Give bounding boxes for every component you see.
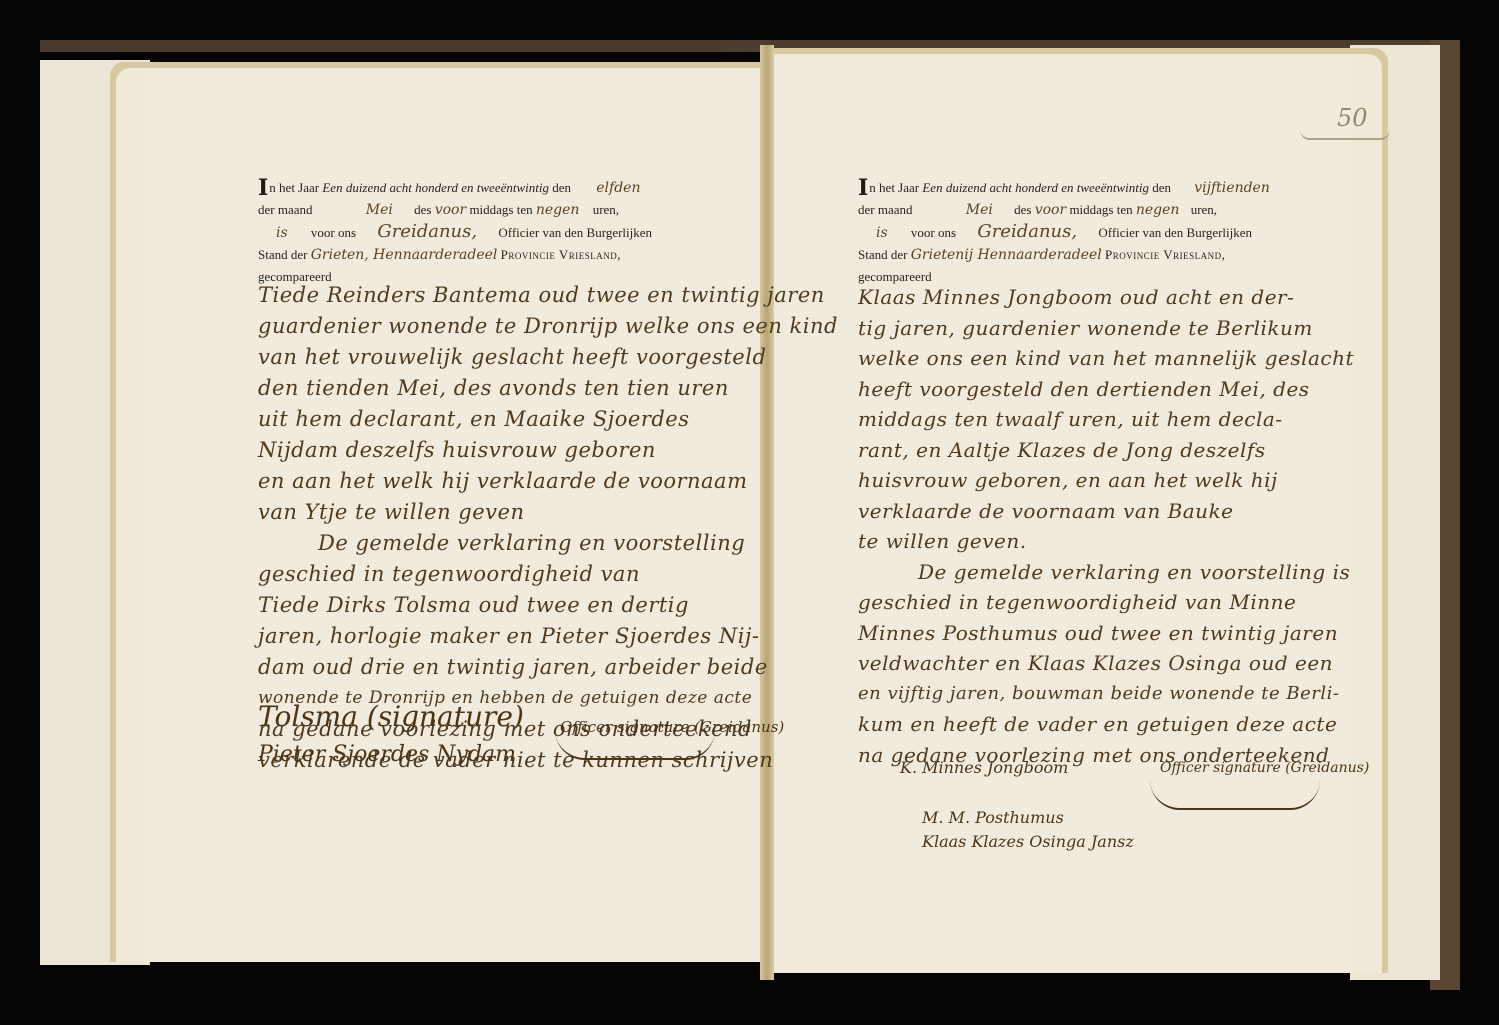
hand-line: geschied in tegenwoordigheid van Minne [858, 587, 1354, 618]
hand-line: huisvrouw geboren, en aan het welk hij [858, 465, 1354, 496]
hand-line: dam oud drie en twintig jaren, arbeider … [258, 652, 838, 683]
signature-flourish [555, 722, 715, 760]
hand-line: te willen geven. [858, 526, 1354, 557]
dropcap: I [858, 178, 868, 199]
page-number-flourish [1300, 130, 1390, 140]
hand-line: van het vrouwelijk geslacht heeft voorge… [258, 342, 838, 373]
form-line-2: der maand Mei des voor middags ten negen… [858, 199, 1270, 221]
hand-line: Nijdam deszelfs huisvrouw geboren [258, 435, 838, 466]
hand-line: den tienden Mei, des avonds ten tien ure… [258, 373, 838, 404]
handwritten-officer: Greidanus, [377, 221, 477, 242]
hand-line: geschied in tegenwoordigheid van [258, 559, 838, 590]
handwritten-hour: negen [536, 202, 580, 218]
hand-line: en vijftig jaren, bouwman beide wonende … [858, 679, 1354, 710]
hand-line: Tiede Reinders Bantema oud twee en twint… [258, 280, 838, 311]
form-line-4: Stand der Grieten, Hennaarderadeel Provi… [258, 244, 652, 266]
book-cover-top-left [40, 40, 720, 52]
handwritten-day: elfden [596, 180, 640, 196]
signature-osinga: Klaas Klazes Osinga Jansz [922, 832, 1134, 851]
hand-line: veldwachter en Klaas Klazes Osinga oud e… [858, 648, 1354, 679]
hand-line: tig jaren, guardenier wonende te Berliku… [858, 313, 1354, 344]
hand-line: welke ons een kind van het mannelijk ges… [858, 343, 1354, 374]
handwritten-place: Grieten, Hennaarderadeel [311, 247, 498, 263]
hand-line: rant, en Aaltje Klazes de Jong deszelfs [858, 435, 1354, 466]
dropcap: I [258, 178, 268, 199]
signature-flourish [1150, 768, 1320, 810]
hand-line: Klaas Minnes Jongboom oud acht en der- [858, 282, 1354, 313]
form-line-1: In het Jaar Een duizend acht honderd en … [858, 177, 1270, 199]
handwritten-ampm: voor [435, 202, 466, 218]
handwritten-month: Mei [966, 202, 993, 218]
hand-line: heeft voorgesteld den dertienden Mei, de… [858, 374, 1354, 405]
hand-line: De gemelde verklaring en voorstelling is [858, 557, 1354, 588]
hand-line: guardenier wonende te Dronrijp welke ons… [258, 311, 838, 342]
right-printed-form: In het Jaar Een duizend acht honderd en … [858, 177, 1270, 287]
hand-line: uit hem declarant, en Maaike Sjoerdes [258, 404, 838, 435]
form-line-4: Stand der Grietenij Hennaarderadeel Prov… [858, 244, 1270, 266]
handwritten-officer: Greidanus, [977, 221, 1077, 242]
hand-line: Minnes Posthumus oud twee en twintig jar… [858, 618, 1354, 649]
hand-line: De gemelde verklaring en voorstelling [258, 528, 838, 559]
page-number: 50 [1337, 104, 1368, 132]
signature-posthumus: M. M. Posthumus [922, 808, 1064, 827]
hand-line: en aan het welk hij verklaarde de voorna… [258, 466, 838, 497]
form-line-3: is voor ons Greidanus, Officier van den … [258, 221, 652, 244]
right-handwritten-body: Klaas Minnes Jongboom oud acht en der- t… [858, 282, 1354, 770]
signature-tolsma: Tolsma (signature) [258, 700, 524, 733]
hand-line: middags ten twaalf uren, uit hem decla- [858, 404, 1354, 435]
hand-line: kum en heeft de vader en getuigen deze a… [858, 709, 1354, 740]
signature-pieter-nydam: Pieter Sjoerdes Nydam [258, 742, 516, 767]
hand-line: van Ytje te willen geven [258, 497, 838, 528]
signature-jongboom: K. Minnes Jongboom [900, 758, 1068, 777]
hand-line: Tiede Dirks Tolsma oud twee en dertig [258, 590, 838, 621]
handwritten-place: Grietenij Hennaarderadeel [911, 247, 1102, 263]
hand-line: verklaarde de voornaam van Bauke [858, 496, 1354, 527]
form-line-3: is voor ons Greidanus, Officier van den … [858, 221, 1270, 244]
left-printed-form: In het Jaar Een duizend acht honderd en … [258, 177, 652, 287]
form-line-1: In het Jaar Een duizend acht honderd en … [258, 177, 652, 199]
handwritten-ampm: voor [1035, 202, 1066, 218]
form-line-2: der maand Mei des voor middags ten negen… [258, 199, 652, 221]
handwritten-day: vijftienden [1194, 180, 1270, 196]
hand-line: jaren, horlogie maker en Pieter Sjoerdes… [258, 621, 838, 652]
handwritten-month: Mei [366, 202, 393, 218]
handwritten-hour: negen [1136, 202, 1180, 218]
